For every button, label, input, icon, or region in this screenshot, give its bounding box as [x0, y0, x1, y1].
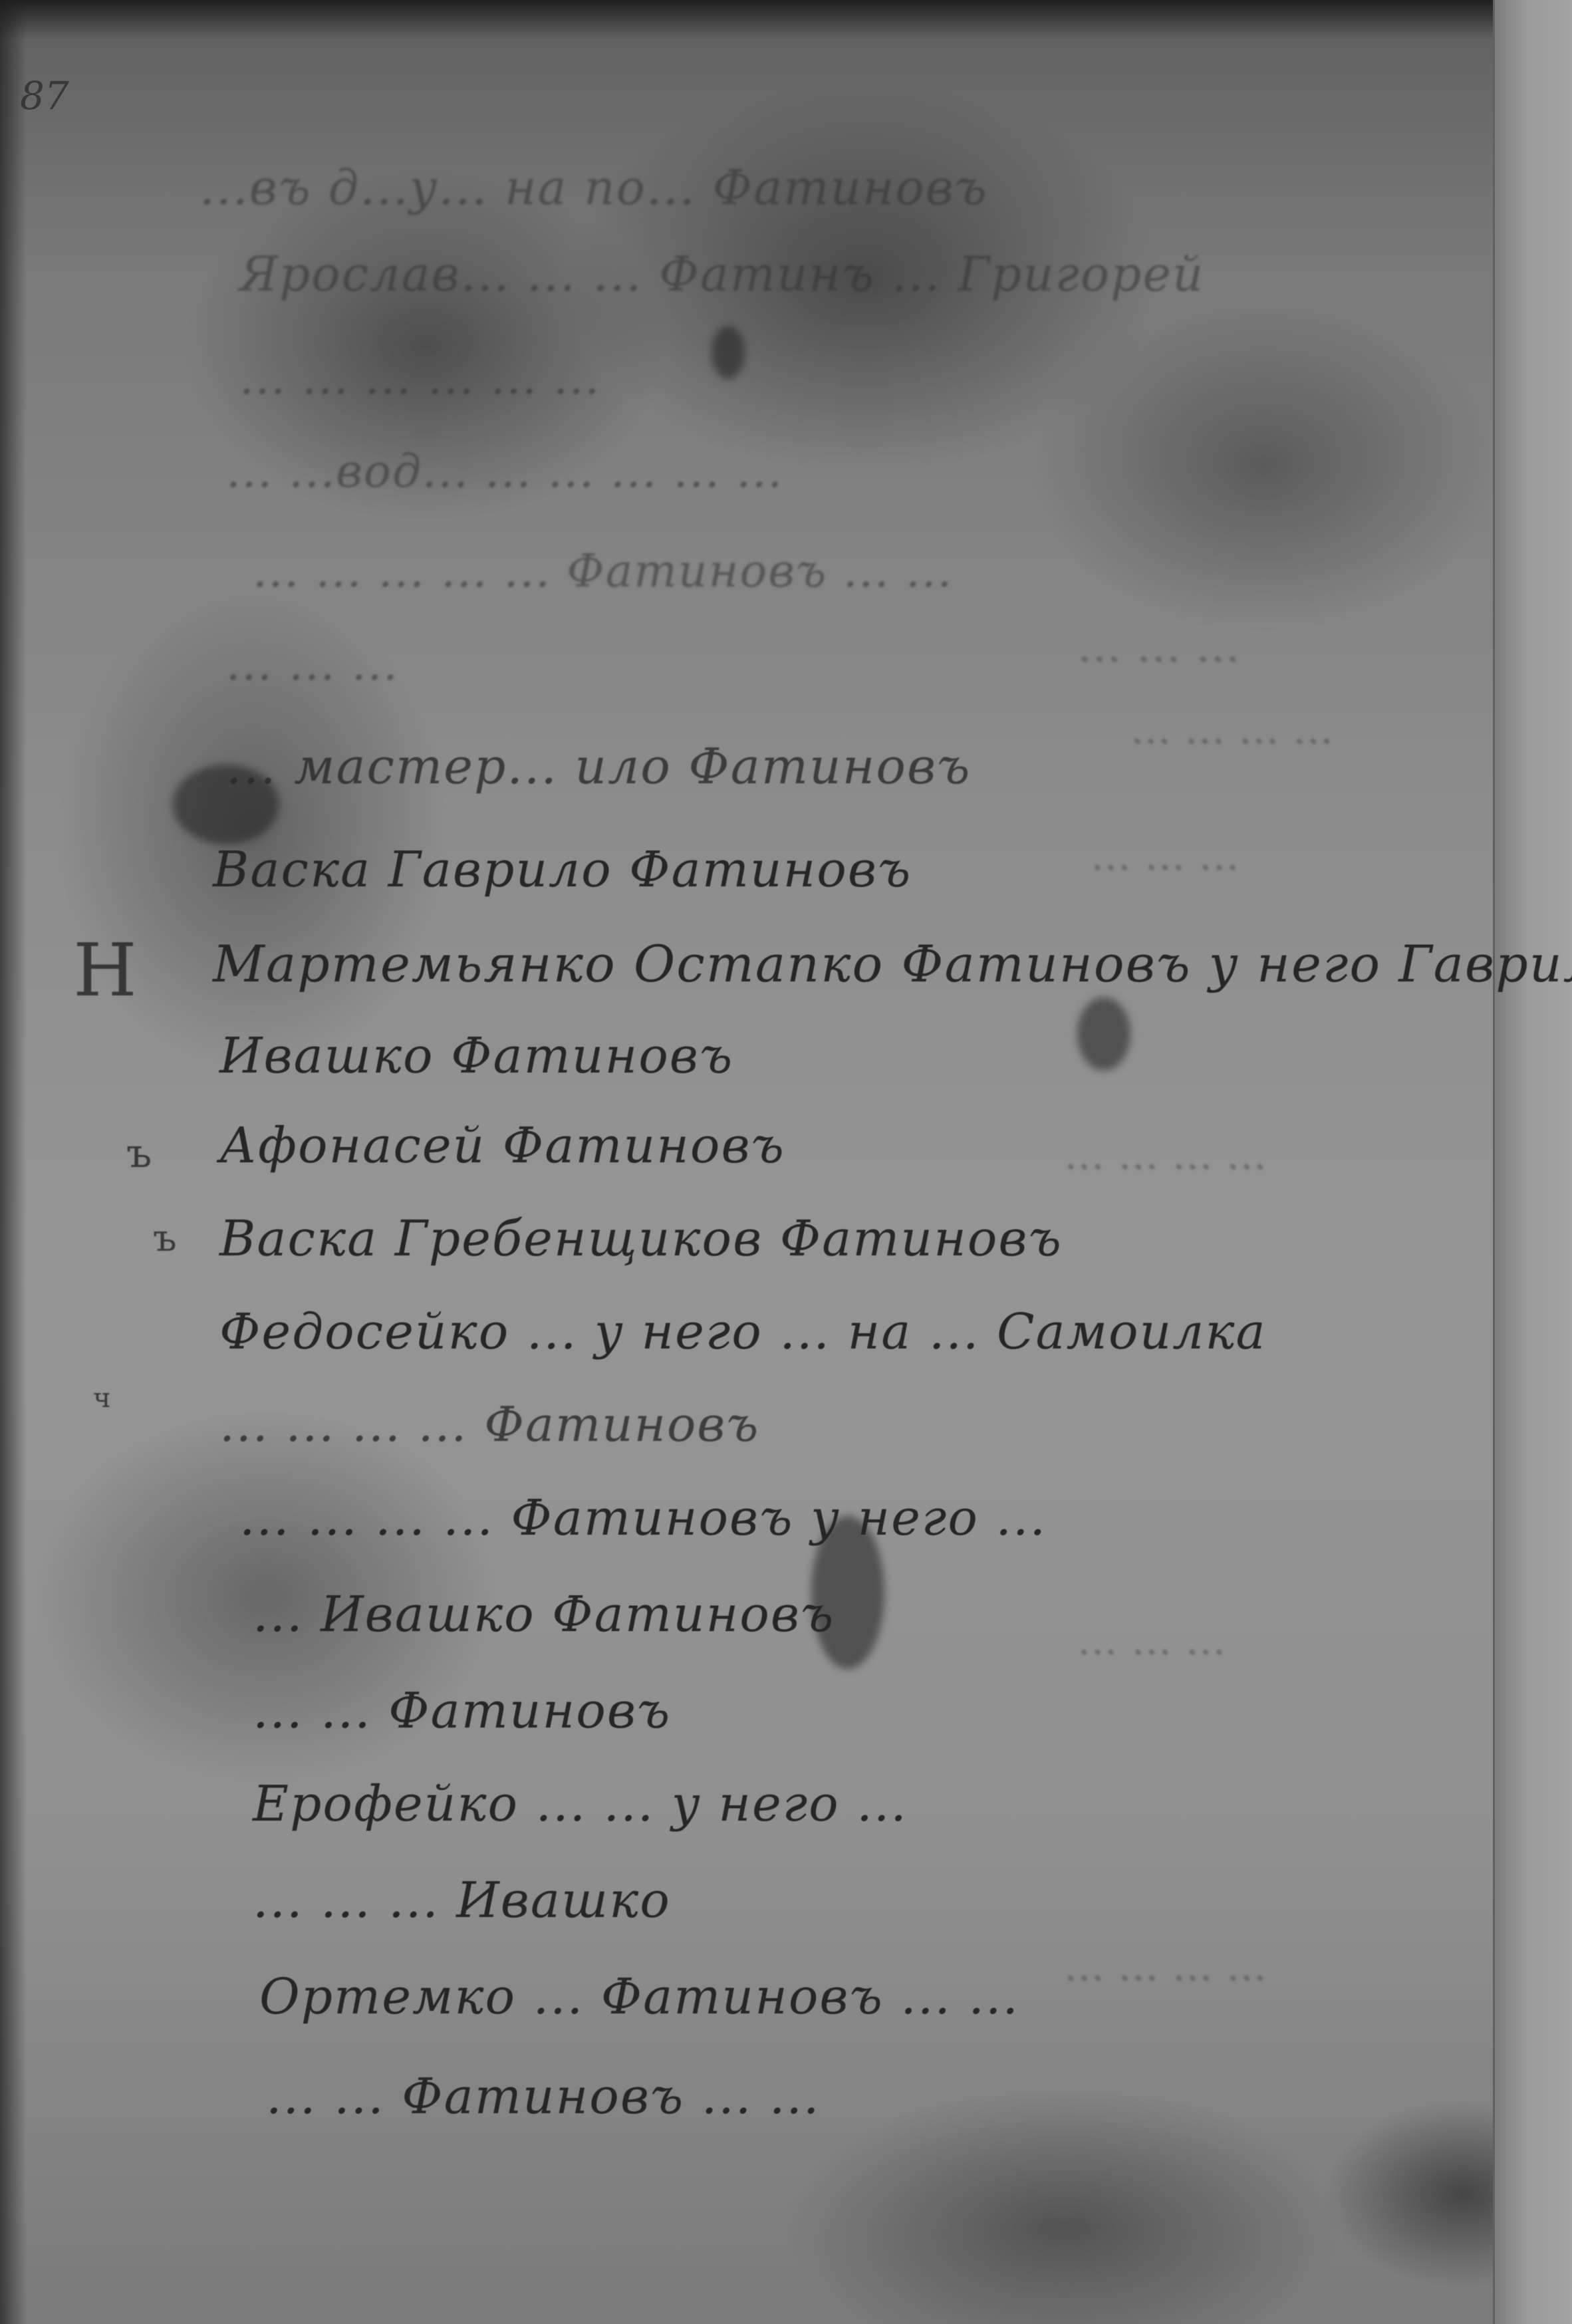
manuscript-line: Федосейко ... у него ... на ... Самоилка	[219, 1303, 1267, 1360]
manuscript-line: ... ... Фатиновъ	[253, 1682, 671, 1740]
manuscript-page: 87 ... ... ... ... ... ... ... ... ... .…	[0, 0, 1572, 2324]
manuscript-line: ... Ивашко Фатиновъ	[253, 1586, 835, 1643]
ink-stain	[1077, 997, 1130, 1071]
manuscript-line: Ортемко ... Фатиновъ ... ...	[259, 1968, 1019, 2025]
manuscript-line: Васка Гребенщиков Фатиновъ	[219, 1210, 1063, 1267]
bleed-through-text: ... ... ... ...	[1064, 1130, 1267, 1180]
bleed-through-text: ... ... ...	[1077, 1616, 1226, 1665]
manuscript-line: ... ... ... ... ... Фатиновъ ... ...	[253, 545, 953, 598]
manuscript-line: ... ... ...	[226, 638, 399, 691]
manuscript-line: ...въ д...у... на по... Фатиновъ	[199, 160, 988, 215]
manuscript-line: Ивашко Фатиновъ	[219, 1027, 733, 1085]
bleed-through-text: ... ... ... ...	[1064, 1942, 1267, 1991]
manuscript-line: ... ... ... ... ... ...	[239, 352, 600, 405]
manuscript-line: ... мастер... ило Фатиновъ	[226, 738, 971, 795]
manuscript-line: Афонасей Фатиновъ	[219, 1117, 785, 1174]
manuscript-line: ... ... ... ... Фатиновъ у него ...	[239, 1489, 1047, 1547]
left-paper-edge	[0, 0, 27, 2324]
margin-mark: ъ	[153, 1217, 177, 1260]
ink-stain	[712, 326, 745, 379]
manuscript-line: ... ... Фатиновъ ... ...	[266, 2068, 820, 2125]
top-shadow	[0, 0, 1572, 40]
right-paper-edge	[1493, 0, 1572, 2324]
manuscript-line: Ярослав... ... ... Фатинъ ... Григорей	[239, 246, 1204, 302]
margin-mark: Н	[73, 928, 137, 1013]
manuscript-line: Ерофейко ... ... у него ...	[253, 1775, 908, 1833]
manuscript-line: Васка Гаврило Фатиновъ	[213, 841, 912, 898]
bleed-through-text: ... ... ...	[1077, 618, 1240, 673]
manuscript-line: ... ... ... ... Фатиновъ	[219, 1396, 759, 1452]
manuscript-line: ... ... ... Ивашко	[253, 1872, 671, 1929]
bleed-through-text: ... ... ...	[1091, 831, 1240, 880]
margin-mark: ъ	[126, 1130, 152, 1177]
folio-number: 87	[20, 73, 69, 118]
manuscript-line: Мартемьянко Остапко Фатиновъ у него Гавр…	[213, 934, 1572, 993]
margin-mark: ч	[93, 1383, 110, 1414]
bleed-through-text: ... ... ... ...	[1130, 705, 1333, 754]
manuscript-line: ... ...вод... ... ... ... ... ...	[226, 446, 783, 498]
